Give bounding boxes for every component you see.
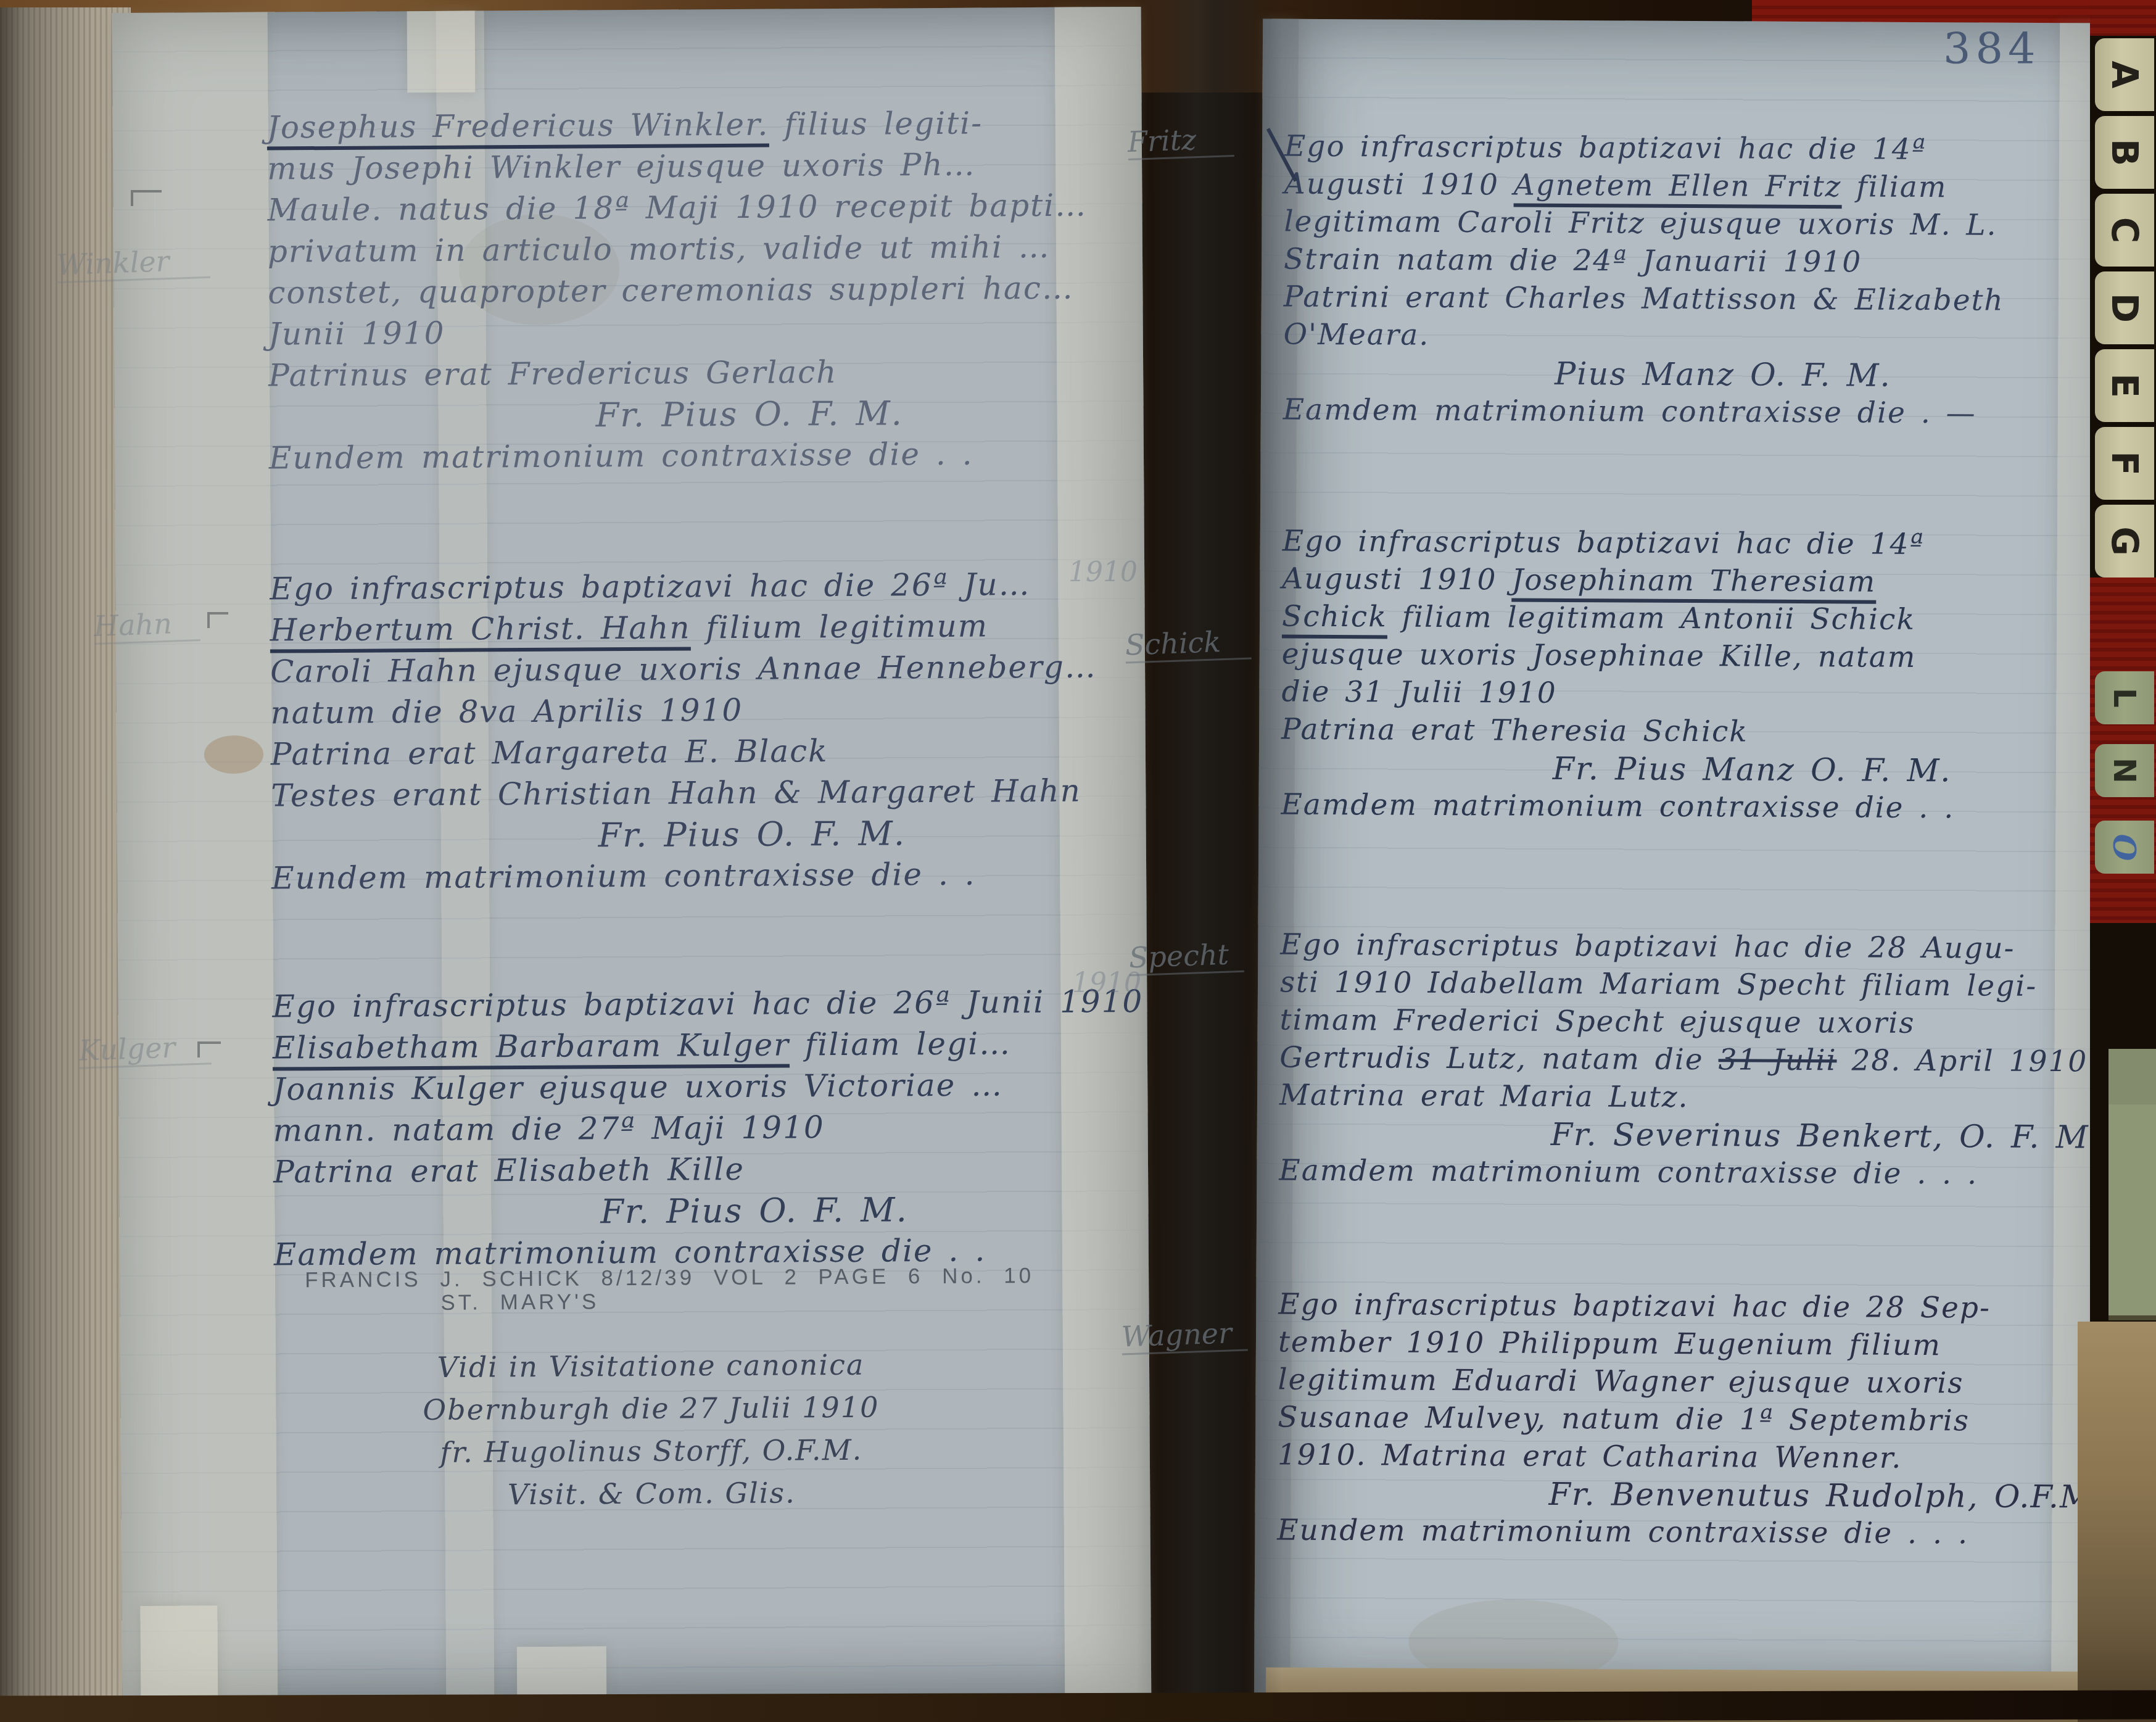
register-text: Patrina erat Elisabeth Kille — [273, 1151, 745, 1190]
visitation-line: Obernburgh die 27 Julii 1910 — [281, 1385, 1021, 1432]
margin-label-winkler: Winkler — [56, 243, 210, 284]
priest-signature-line: Pius Manz O. F. M. — [1283, 354, 2110, 395]
index-tab-b[interactable]: B — [2095, 116, 2154, 189]
register-line: Testes erant Christian Hahn & Margaret H… — [271, 770, 1147, 817]
pencil-annotation-registrar: FRANCIS J. SCHICK 8/12/39 VOL 2 PAGE 6 N… — [305, 1264, 1034, 1293]
register-line: Patrinus erat Fredericus Gerlach — [268, 350, 1144, 397]
margin-label-schick: Schick — [1125, 624, 1252, 663]
tab-letter: C — [2104, 217, 2146, 244]
register-text: natum die 8va Aprilis 1910 — [270, 692, 743, 731]
register-text: Patrinus erat Fredericus Gerlach — [268, 354, 838, 394]
register-text: Patrini erant Charles Mattisson & Elizab… — [1284, 280, 2004, 318]
visitation-line: fr. Hugolinus Storff, O.F.M. — [281, 1428, 1022, 1475]
register-line: Eundem matrimonium contraxisse die . . — [271, 853, 1147, 900]
register-text: Fr. Pius O. F. M. — [595, 394, 903, 434]
register-text: ejusque uxoris Josephinae Kille, natam — [1282, 637, 1917, 674]
pencil-bracket-mark — [197, 1041, 221, 1058]
register-text: filiam legi… — [790, 1025, 1011, 1062]
register-text: Pius Manz O. F. M. — [1555, 355, 1891, 394]
register-text: mus Josephi Winkler ejusque uxoris Ph… — [267, 147, 976, 187]
register-text: sti 1910 Idabellam Mariam Specht filiam … — [1280, 966, 2038, 1003]
index-tab-rail: A B C D E F G L N O — [2090, 0, 2156, 1722]
register-text: Eundem matrimonium contraxisse die . . — [271, 856, 976, 896]
underlined-name: Agnetem Ellen Fritz — [1514, 168, 1842, 209]
underlined-name: Schick — [1282, 600, 1387, 639]
right-page: Ego infrascriptus baptizavi hac die 14ªA… — [1254, 19, 2109, 1716]
register-line: Ego infrascriptus baptizavi hac die 26ª … — [272, 981, 1148, 1028]
register-line: legitimum Eduardi Wagner ejusque uxoris — [1278, 1361, 2104, 1403]
register-text: legitimum Eduardi Wagner ejusque uxoris — [1278, 1363, 1964, 1401]
register-line: Ego infrascriptus baptizavi hac die 14ª — [1282, 523, 2109, 565]
register-text: Augusti 1910 — [1284, 167, 1514, 202]
register-text: Ego infrascriptus baptizavi hac die 26ª … — [270, 566, 1031, 607]
register-text: filiam — [1841, 170, 1947, 204]
register-text: Ego infrascriptus baptizavi hac die 26ª … — [272, 983, 1143, 1025]
register-text: mann. natam die 27ª Maji 1910 — [273, 1109, 824, 1148]
register-line: timam Frederici Specht ejusque uxoris — [1280, 1001, 2107, 1043]
register-text: filiam legitimam Antonii Schick — [1387, 600, 1916, 636]
tab-letter: B — [2104, 139, 2146, 166]
underlined-name: Josephus Fredericus Winkler. — [267, 107, 769, 151]
register-line: 1910. Matrina erat Catharina Wenner. — [1278, 1436, 2104, 1478]
priest-signature-line: Fr. Pius O. F. M. — [273, 1188, 1149, 1235]
register-text: Ego infrascriptus baptizavi hac die 14ª — [1284, 130, 1927, 167]
register-line: natum die 8va Aprilis 1910 — [270, 687, 1146, 734]
tab-letter: F — [2104, 451, 2146, 476]
priest-signature-line: Fr. Severinus Benkert, O. F. M. — [1279, 1114, 2106, 1156]
register-line: die 31 Julii 1910 — [1281, 673, 2108, 715]
priest-signature-line: Fr. Pius O. F. M. — [268, 391, 1144, 438]
register-line: tember 1910 Philippum Eugenium filium — [1278, 1323, 2105, 1365]
register-book-photo: Josephus Fredericus Winkler. filius legi… — [0, 0, 2156, 1722]
register-text: Eundem matrimonium contraxisse die . . . — [1277, 1513, 1968, 1551]
register-line: O'Meara. — [1283, 316, 2110, 358]
register-text: filium legitimum — [690, 608, 988, 645]
pencil-annotation-parish: ST. MARY'S — [440, 1289, 599, 1315]
register-line: Eundem matrimonium contraxisse die . . . — [1277, 1512, 2104, 1554]
register-text: Joannis Kulger ejusque uxoris Victoriae … — [273, 1067, 1003, 1107]
register-line: Eamdem matrimonium contraxisse die . — — [1283, 391, 2110, 433]
priest-signature-line: Fr. Benvenutus Rudolph, O.F.M. — [1278, 1474, 2104, 1516]
register-text: Fr. Pius O. F. M. — [598, 814, 906, 855]
register-text: Fr. Pius O. F. M. — [600, 1190, 908, 1231]
register-line: mus Josephi Winkler ejusque uxoris Ph… — [267, 143, 1143, 190]
struck-text: 31 Julii — [1718, 1043, 1836, 1077]
register-line: Susanae Mulvey, natum die 1ª Septembris — [1278, 1399, 2104, 1441]
tab-letter: L — [2107, 688, 2142, 708]
register-text: constet, quapropter ceremonias suppleri … — [268, 270, 1074, 311]
register-line: Patrina erat Margareta E. Black — [271, 729, 1147, 776]
tab-letter: A — [2104, 61, 2146, 89]
register-text: die 31 Julii 1910 — [1281, 675, 1557, 710]
priest-signature-line: Fr. Pius O. F. M. — [271, 811, 1147, 858]
index-tab-l[interactable]: L — [2095, 671, 2154, 724]
index-tab-c[interactable]: C — [2095, 194, 2154, 267]
register-text: Eamdem matrimonium contraxisse die . . . — [1279, 1154, 1978, 1191]
lower-tab-block — [2109, 1049, 2156, 1320]
register-text: Fr. Benvenutus Rudolph, O.F.M. — [1549, 1476, 2105, 1515]
priest-signature-line: Fr. Pius Manz O. F. M. — [1281, 748, 2108, 790]
baptism-entry-schick: Ego infrascriptus baptizavi hac die 14ªA… — [1281, 523, 2109, 828]
tab-letter: O — [2107, 834, 2143, 861]
register-text: Ego infrascriptus baptizavi hac die 14ª — [1282, 524, 1925, 561]
index-tab-d[interactable]: D — [2095, 271, 2154, 344]
register-text: Fr. Pius Manz O. F. M. — [1553, 750, 1952, 789]
register-text: Junii 1910 — [268, 315, 445, 352]
tab-letter: N — [2107, 758, 2142, 784]
book-bottom-edge — [0, 1690, 2156, 1722]
visitation-line: Vidi in Visitatione canonica — [281, 1343, 1021, 1389]
tab-letter: D — [2104, 293, 2146, 323]
register-line: Eundem matrimonium contraxisse die . . — [269, 433, 1145, 479]
margin-label-fritz: Fritz — [1127, 122, 1234, 160]
register-line: Patrini erant Charles Mattisson & Elizab… — [1284, 278, 2110, 320]
register-text: Eundem matrimonium contraxisse die . . — [269, 436, 973, 476]
register-line: Maule. natus die 18ª Maji 1910 recepit b… — [267, 184, 1143, 231]
register-text: Strain natam die 24ª Januarii 1910 — [1284, 242, 1862, 279]
register-line: Patrina erat Theresia Schick — [1281, 711, 2108, 753]
register-text: Patrina erat Theresia Schick — [1281, 713, 1748, 749]
index-tab-n[interactable]: N — [2095, 744, 2154, 797]
book-fore-edge — [2078, 1322, 2156, 1722]
baptism-entry-hahn: Ego infrascriptus baptizavi hac die 26ª … — [270, 563, 1147, 900]
register-text: Augusti 1910 — [1282, 562, 1511, 597]
register-line: ejusque uxoris Josephinae Kille, natam — [1282, 635, 2109, 677]
register-text: privatum in articulo mortis, valide ut m… — [268, 229, 1051, 270]
underlined-name: Herbertum Christ. Hahn — [270, 610, 691, 653]
register-line: Gertrudis Lutz, natam die 31 Julii 28. A… — [1279, 1039, 2106, 1081]
register-text: Ego infrascriptus baptizavi hac die 28 S… — [1278, 1288, 1991, 1325]
register-text: Gertrudis Lutz, natam die — [1279, 1041, 1718, 1077]
register-line: Ego infrascriptus baptizavi hac die 14ª — [1284, 128, 2111, 170]
register-line: Joannis Kulger ejusque uxoris Victoriae … — [273, 1064, 1149, 1111]
register-text: Susanae Mulvey, natum die 1ª Septembris — [1278, 1401, 1970, 1438]
register-line: Elisabetham Barbaram Kulger filiam legi… — [273, 1022, 1149, 1069]
register-line: Herbertum Christ. Hahn filium legitimum — [270, 605, 1146, 652]
register-text: O'Meara. — [1283, 318, 1429, 352]
tape-strip — [407, 11, 476, 93]
register-line: Ego infrascriptus baptizavi hac die 28 S… — [1278, 1286, 2105, 1328]
register-text: legitimam Caroli Fritz ejusque uxoris M.… — [1284, 205, 1997, 242]
index-tab-o[interactable]: O — [2095, 821, 2154, 874]
register-line: sti 1910 Idabellam Mariam Specht filiam … — [1280, 964, 2107, 1006]
index-tab-e[interactable]: E — [2095, 349, 2154, 422]
register-line: privatum in articulo mortis, valide ut m… — [268, 226, 1144, 273]
register-text: Maule. natus die 18ª Maji 1910 recepit b… — [267, 187, 1087, 228]
underlined-name: Josephinam Theresiam — [1511, 563, 1876, 604]
register-line: Patrina erat Elisabeth Kille — [273, 1146, 1149, 1193]
index-tab-a[interactable]: A — [2095, 38, 2154, 111]
register-text: timam Frederici Specht ejusque uxoris — [1280, 1003, 1915, 1040]
register-line: Eamdem matrimonium contraxisse die . . — [1281, 786, 2107, 828]
pencil-bracket-mark — [207, 612, 228, 628]
register-line: Matrina erat Maria Lutz. — [1279, 1077, 2106, 1119]
pencil-bracket-mark — [131, 190, 162, 206]
register-text: Matrina erat Maria Lutz. — [1279, 1078, 1689, 1114]
page-number: 384 — [1943, 23, 2041, 74]
margin-label-hahn: Hahn — [93, 606, 200, 645]
index-tab-f[interactable]: F — [2095, 427, 2154, 500]
underlined-name: Elisabetham Barbaram Kulger — [273, 1027, 790, 1070]
register-line: Josephus Fredericus Winkler. filius legi… — [267, 102, 1143, 149]
tab-letter: E — [2104, 373, 2146, 398]
baptism-entry-winkler: Josephus Fredericus Winkler. filius legi… — [267, 102, 1146, 479]
register-text: Patrina erat Margareta E. Black — [271, 733, 828, 772]
register-text: filius legiti- — [769, 106, 983, 143]
baptism-entry-kulger: Ego infrascriptus baptizavi hac die 26ª … — [272, 981, 1150, 1276]
register-line: Schick filiam legitimam Antonii Schick — [1282, 598, 2109, 640]
register-line: Ego infrascriptus baptizavi hac die 26ª … — [270, 563, 1146, 610]
register-text: 1910. Matrina erat Catharina Wenner. — [1278, 1438, 1902, 1475]
register-text: 28. April 1910 — [1836, 1043, 2088, 1078]
baptism-entry-wagner: Ego infrascriptus baptizavi hac die 28 S… — [1277, 1286, 2105, 1554]
faded-ink-text: 1910 — [1068, 557, 1138, 588]
register-line: Caroli Hahn ejusque uxoris Annae Hennebe… — [270, 646, 1146, 693]
margin-label-specht: Specht — [1128, 937, 1244, 976]
register-line: Augusti 1910 Josephinam Theresiam — [1282, 560, 2109, 602]
register-text: tember 1910 Philippum Eugenium filium — [1278, 1325, 1941, 1363]
margin-label-wagner: Wagner — [1121, 1315, 1248, 1355]
faded-ink-text: 1910 — [1072, 967, 1141, 999]
register-line: legitimam Caroli Fritz ejusque uxoris M.… — [1284, 203, 2110, 245]
register-line: Ego infrascriptus baptizavi hac die 28 A… — [1280, 926, 2107, 968]
register-line: Strain natam die 24ª Januarii 1910 — [1284, 241, 2110, 283]
register-text: Testes erant Christian Hahn & Margaret H… — [271, 773, 1081, 814]
register-text: Eamdem matrimonium contraxisse die . — — [1283, 393, 1976, 431]
register-text: Fr. Severinus Benkert, O. F. M. — [1551, 1116, 2100, 1156]
register-line: Eamdem matrimonium contraxisse die . . . — [1279, 1152, 2105, 1194]
baptism-entry-specht: Ego infrascriptus baptizavi hac die 28 A… — [1279, 926, 2107, 1194]
register-text: Caroli Hahn ejusque uxoris Annae Hennebe… — [270, 648, 1097, 689]
register-line: mann. natam die 27ª Maji 1910 — [273, 1105, 1149, 1152]
register-text: Eamdem matrimonium contraxisse die . . — [1281, 788, 1954, 826]
register-line: Augusti 1910 Agnetem Ellen Fritz filiam — [1284, 165, 2111, 207]
margin-label-kulger: Kulger — [78, 1029, 212, 1069]
paper-stain — [204, 735, 263, 774]
register-line: constet, quapropter ceremonias suppleri … — [268, 267, 1144, 314]
baptism-entry-fritz: Ego infrascriptus baptizavi hac die 14ªA… — [1283, 128, 2112, 433]
left-page: Josephus Fredericus Winkler. filius legi… — [112, 7, 1152, 1715]
red-cloth-cover — [2090, 0, 2156, 36]
visitation-line: Visit. & Com. Glis. — [281, 1470, 1022, 1517]
register-text: Ego infrascriptus baptizavi hac die 28 A… — [1280, 928, 2015, 966]
visitation-note: Vidi in Visitatione canonica Obernburgh … — [281, 1343, 1022, 1517]
tab-letter: G — [2104, 526, 2146, 556]
index-tab-g[interactable]: G — [2095, 505, 2154, 577]
register-line: Junii 1910 — [268, 308, 1144, 355]
